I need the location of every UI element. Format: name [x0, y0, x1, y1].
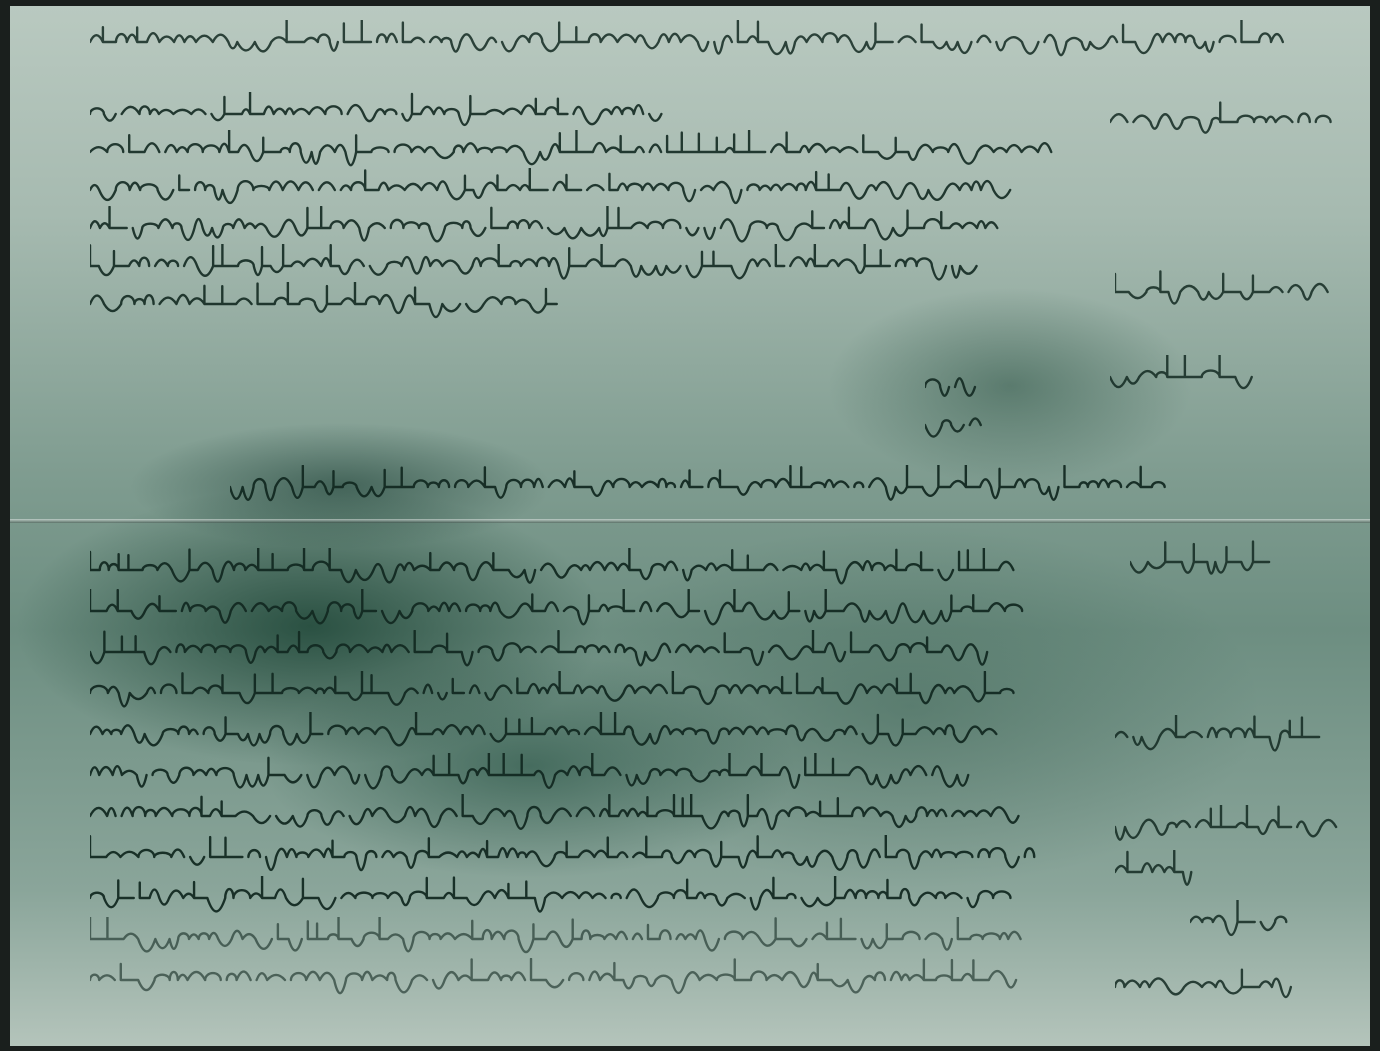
handwritten-line [1115, 850, 1205, 890]
handwritten-line [925, 365, 985, 405]
handwritten-line [90, 876, 1055, 916]
handwritten-line [1115, 715, 1345, 755]
handwritten-line [90, 130, 1095, 170]
handwritten-line [90, 20, 1370, 60]
handwritten-line [1115, 270, 1340, 310]
handwritten-line [1115, 965, 1295, 1005]
handwritten-line [230, 465, 1280, 505]
handwritten-line [90, 282, 610, 322]
handwritten-line [1110, 100, 1340, 140]
handwritten-line [1115, 805, 1345, 845]
handwritten-line [90, 548, 1095, 588]
handwritten-line [90, 835, 1075, 875]
handwritten-line [90, 917, 1095, 957]
fold-crease [10, 519, 1370, 523]
handwritten-line [90, 630, 1055, 670]
handwritten-line [90, 671, 1095, 711]
handwritten-line [90, 168, 1095, 208]
handwritten-line [90, 589, 1075, 629]
handwritten-line [90, 92, 690, 132]
handwritten-line [90, 794, 1095, 834]
handwritten-line [90, 244, 1095, 284]
manuscript-page: Handwritten text not reliably legible; n… [10, 6, 1370, 1046]
handwritten-line [90, 958, 1075, 998]
handwritten-line [90, 753, 1055, 793]
handwritten-line [90, 206, 1095, 246]
handwritten-line [925, 403, 985, 443]
handwritten-line [1110, 355, 1260, 395]
handwritten-line [1190, 900, 1310, 940]
handwritten-line [1130, 540, 1280, 580]
handwritten-line [90, 712, 1075, 752]
